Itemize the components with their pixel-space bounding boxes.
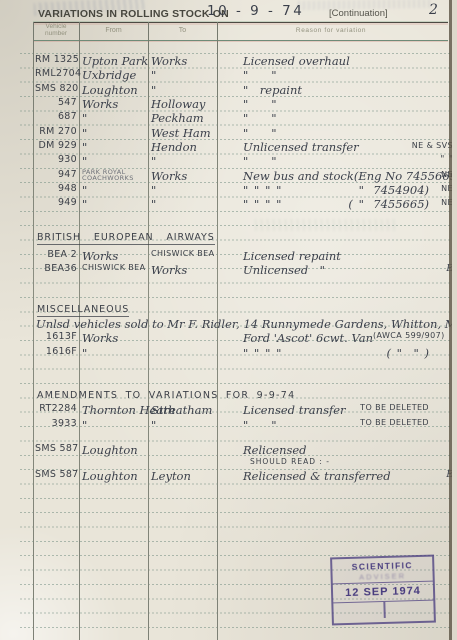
- stamp-org-line2: ADVISER: [333, 571, 433, 583]
- table-row: SMS 820Loughton"" repaint: [35, 83, 453, 97]
- cell-from: ": [82, 197, 148, 211]
- document-title: VARIATIONS IN ROLLING STOCK ON: [38, 8, 229, 20]
- table-row: 930""" "" ": [35, 154, 453, 168]
- cell-vehicle-number: SMS 587: [35, 443, 77, 454]
- cell-from: Works: [82, 97, 148, 111]
- cell-reason: Ford 'Ascot' 6cwt. Van(AWCA 599/907): [219, 331, 429, 345]
- reason-text: " ": [219, 111, 277, 125]
- cell-vehicle-number: RM 1325: [35, 54, 77, 65]
- reason-text: Relicensed & transferred: [219, 469, 391, 483]
- table-row: 547WorksHolloway" ": [35, 97, 453, 111]
- table-row: BEA 2WorksCHISWICK BEALicensed repaint: [35, 249, 453, 263]
- cell-to: Peckham: [151, 111, 217, 125]
- column-header-reason: Reason for variation: [217, 28, 445, 35]
- reason-text: " " " ": [219, 197, 281, 211]
- reason-annotation: TO BE DELETED: [360, 403, 429, 417]
- cell-to: ": [151, 154, 217, 168]
- table-row: DM 929"HendonUnlicensed transferNE & SVS: [35, 140, 453, 154]
- reason-text: Unlicensed transfer: [219, 140, 359, 154]
- cell-vehicle-number: 948: [35, 183, 77, 194]
- cell-reason: " ": [219, 111, 429, 125]
- cell-reason: " ": [219, 154, 429, 168]
- reason-text: Licensed overhaul: [219, 54, 350, 68]
- cell-vehicle-number: 949: [35, 197, 77, 208]
- cell-vehicle-number: 687: [35, 111, 77, 122]
- section-heading: AMENDMENTS TO VARIATIONS FOR 9-9-74: [37, 390, 295, 401]
- cell-from: Loughton: [82, 443, 148, 457]
- cell-reason: Unlicensed transfer: [219, 140, 429, 154]
- cell-from: Loughton: [82, 83, 148, 97]
- cell-to: Leyton: [151, 469, 217, 483]
- column-header-to: To: [148, 28, 217, 35]
- cell-vehicle-number: SMS 587: [35, 469, 77, 480]
- cell-from: Loughton: [82, 469, 148, 483]
- cell-to: Works: [151, 263, 217, 277]
- cell-from: Works: [82, 249, 148, 263]
- bleed-through-marks: [255, 219, 395, 231]
- header-bottom-border: [33, 40, 448, 41]
- reason-text: Ford 'Ascot' 6cwt. Van: [219, 331, 373, 345]
- reason-text: " ": [219, 154, 277, 168]
- table-row: RM 270"West Ham" ": [35, 126, 453, 140]
- cell-to: ": [151, 197, 217, 211]
- cell-vehicle-number: 1616F: [35, 346, 77, 357]
- cell-to: ": [151, 83, 217, 97]
- reason-annotation: ( " " ): [386, 346, 429, 360]
- reason-annotation: TO BE DELETED: [360, 418, 429, 432]
- cell-vehicle-number: 947: [35, 169, 77, 180]
- cell-vehicle-number: RM 270: [35, 126, 77, 137]
- cell-from: PARK ROYAL COACHWORKS: [82, 169, 148, 182]
- cell-to: Streatham: [151, 403, 217, 417]
- reason-text: " ": [219, 97, 277, 111]
- cell-from: Upton Park: [82, 54, 148, 68]
- cell-from: ": [82, 154, 148, 168]
- table-row: 947PARK ROYAL COACHWORKSWorksNew bus and…: [35, 169, 453, 183]
- column-header-vehicle-number: Vehicle number: [33, 24, 79, 37]
- reason-annotation: (AWCA 599/907): [373, 331, 445, 345]
- cell-vehicle-number: 547: [35, 97, 77, 108]
- cell-to: Works: [151, 169, 217, 183]
- reason-text: Relicensed: [219, 443, 307, 457]
- scanned-ledger-page: VARIATIONS IN ROLLING STOCK ON 10 - 9 - …: [0, 0, 457, 640]
- table-row: SMS 587LoughtonRelicensed: [35, 443, 453, 457]
- should-read-note: SHOULD READ : -: [250, 457, 330, 466]
- table-row: 949""" " " "( " 7455665)NE: [35, 197, 453, 211]
- cell-to: Hendon: [151, 140, 217, 154]
- cell-reason: " repaint: [219, 83, 429, 97]
- cell-reason: " " " "( " " ): [219, 346, 429, 360]
- cell-reason: " "TO BE DELETED: [219, 418, 429, 432]
- cell-vehicle-number: BEA 2: [35, 249, 77, 260]
- cell-from: ": [82, 126, 148, 140]
- date-stamp: SCIENTIFIC ADVISER 12 SEP 1974: [330, 555, 436, 626]
- reason-text: " ": [219, 418, 277, 432]
- section-heading: MISCELLANEOUS: [37, 304, 129, 317]
- cell-from: ": [82, 111, 148, 125]
- continuation-label: [Continuation]: [329, 8, 388, 19]
- cell-reason: " " " "( " 7455665): [219, 197, 429, 211]
- cell-vehicle-number: RML2704: [35, 68, 77, 79]
- reason-text: Unlicensed ": [219, 263, 325, 277]
- cell-reason: Licensed repaint: [219, 249, 429, 263]
- page-scan-margin: [452, 0, 457, 640]
- stamp-lower-panel: [333, 601, 433, 620]
- table-row: RML2704Uxbridge"" ": [35, 68, 453, 82]
- table-row: 3933""" "TO BE DELETED: [35, 418, 453, 432]
- cell-reason: " " " "" 7454904): [219, 183, 429, 197]
- cell-reason: New bus and stock(Eng No 7455669): [219, 169, 429, 183]
- reason-text: " " " ": [219, 346, 281, 360]
- cell-to: Holloway: [151, 97, 217, 111]
- cell-vehicle-number: 3933: [35, 418, 77, 429]
- cell-from: Thornton Heath: [82, 403, 148, 417]
- cell-to: ": [151, 68, 217, 82]
- reason-text: " repaint: [219, 83, 302, 97]
- page-number: 2: [429, 2, 438, 18]
- cell-vehicle-number: 1613F: [35, 331, 77, 342]
- cell-reason: " ": [219, 97, 429, 111]
- table-top-border: [33, 22, 448, 24]
- reason-annotation: ( " 7455665): [348, 197, 429, 211]
- cell-to: CHISWICK BEA: [151, 249, 217, 258]
- cell-from: ": [82, 418, 148, 432]
- reason-text: " ": [219, 126, 277, 140]
- cell-vehicle-number: RT2284: [35, 403, 77, 414]
- cell-reason: Relicensed: [219, 443, 429, 457]
- table-row: 948""" " " "" 7454904)NE: [35, 183, 453, 197]
- cell-vehicle-number: DM 929: [35, 140, 77, 151]
- cell-vehicle-number: 930: [35, 154, 77, 165]
- table-row: SMS 587LoughtonLeytonRelicensed & transf…: [35, 469, 453, 483]
- table-row: 687"Peckham" ": [35, 111, 453, 125]
- cell-reason: Licensed transferTO BE DELETED: [219, 403, 429, 417]
- reason-text: " ": [219, 68, 277, 82]
- cell-vehicle-number: SMS 820: [35, 83, 77, 94]
- cell-from: Works: [82, 331, 148, 345]
- table-row: RM 1325Upton ParkWorksLicensed overhaul: [35, 54, 453, 68]
- column-header-from: From: [79, 28, 148, 35]
- reason-text: " " " ": [219, 183, 281, 197]
- reason-text: New bus and stock: [219, 169, 354, 183]
- cell-vehicle-number: BEA36: [35, 263, 77, 274]
- cell-from: Uxbridge: [82, 68, 148, 82]
- cell-reason: " ": [219, 126, 429, 140]
- section-heading: BRITISH EUROPEAN AIRWAYS: [37, 232, 215, 245]
- handwritten-date: 10 - 9 - 74: [207, 3, 304, 19]
- table-row: 1616F"" " " "( " " ): [35, 346, 453, 360]
- cell-to: ": [151, 418, 217, 432]
- cell-reason: Unlicensed ": [219, 263, 429, 277]
- cell-to: West Ham: [151, 126, 217, 140]
- cell-from: CHISWICK BEA: [82, 263, 148, 272]
- table-row: 1613FWorksFord 'Ascot' 6cwt. Van(AWCA 59…: [35, 331, 453, 345]
- cell-from: ": [82, 183, 148, 197]
- reason-text: Licensed transfer: [219, 403, 346, 417]
- reason-text: Licensed repaint: [219, 249, 341, 263]
- cell-to: Works: [151, 54, 217, 68]
- margin-note: NE & SVS: [412, 141, 453, 150]
- cell-from: ": [82, 140, 148, 154]
- cell-reason: " ": [219, 68, 429, 82]
- cell-reason: Relicensed & transferred: [219, 469, 429, 483]
- cell-to: ": [151, 183, 217, 197]
- reason-annotation: " 7454904): [359, 183, 429, 197]
- table-row: RT2284Thornton HeathStreathamLicensed tr…: [35, 403, 453, 417]
- cell-from: ": [82, 346, 148, 360]
- section-note: Unlsd vehicles sold to Mr F. Ridler, 14 …: [36, 317, 457, 331]
- table-row: BEA36CHISWICK BEAWorksUnlicensed "E: [35, 263, 453, 277]
- cell-reason: Licensed overhaul: [219, 54, 429, 68]
